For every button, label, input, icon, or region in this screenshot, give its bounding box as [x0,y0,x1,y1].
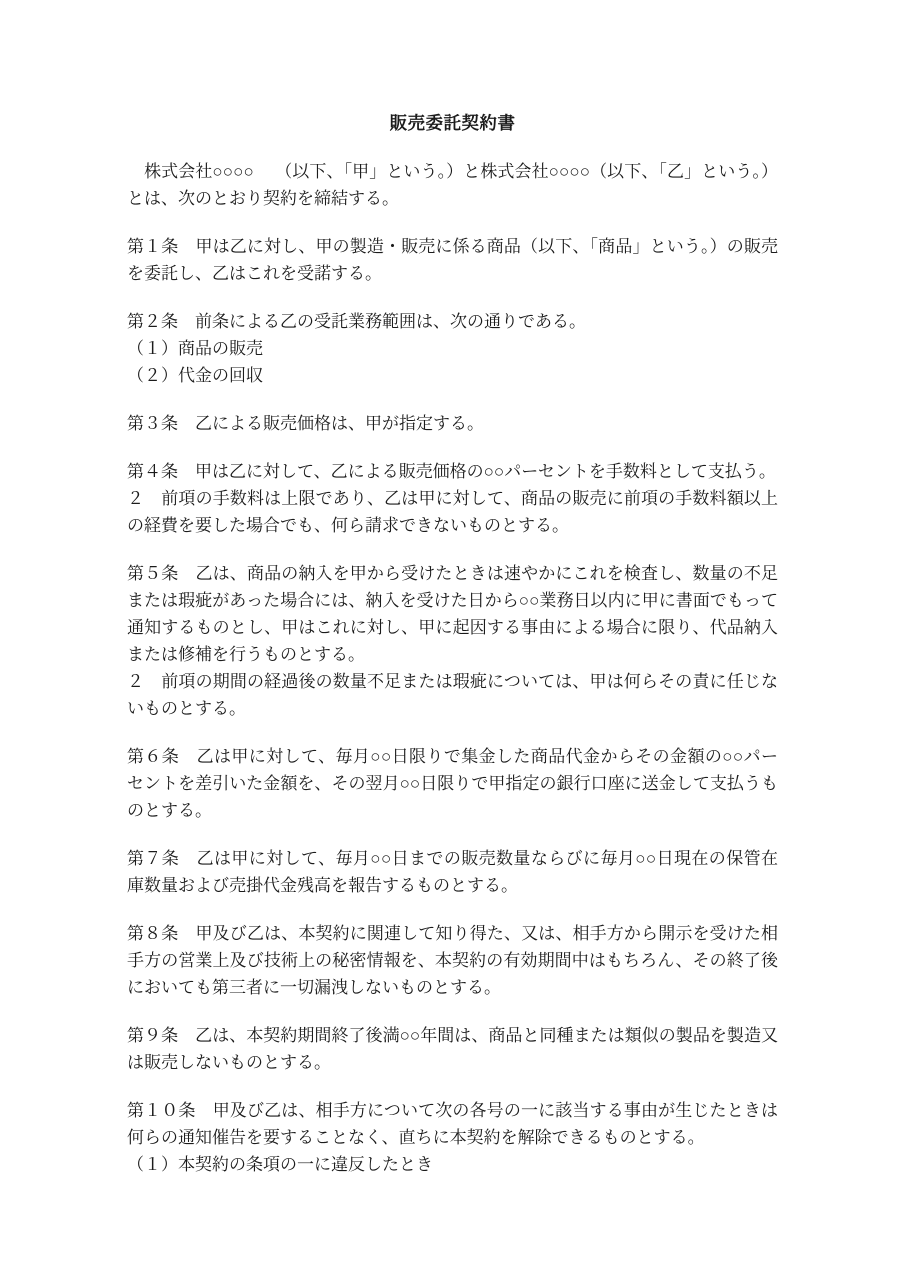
article-6: 第６条 乙は甲に対して、毎月○○日限りで集金した商品代金からその金額の○○パーセ… [127,743,778,824]
article-2-item-1: （１）商品の販売 [127,335,778,362]
contract-document-page: 販売委託契約書 株式会社○○○○ （以下、「甲」という。）と株式会社○○○○（以… [0,0,905,1280]
article-4: 第４条 甲は乙に対して、乙による販売価格の○○パーセントを手数料として支払う。 … [127,458,778,539]
article-3: 第３条 乙による販売価格は、甲が指定する。 [127,410,778,437]
article-5-clause-2: ２ 前項の期間の経過後の数量不足または瑕疵については、甲は何らその責に任じないも… [127,668,778,722]
article-10: 第１０条 甲及び乙は、相手方について次の各号の一に該当する事由が生じたときは何ら… [127,1097,778,1178]
article-2-text: 第２条 前条による乙の受託業務範囲は、次の通りである。 [127,308,778,335]
article-9: 第９条 乙は、本契約期間終了後満○○年間は、商品と同種または類似の製品を製造又は… [127,1022,778,1076]
article-1-text: 第１条 甲は乙に対し、甲の製造・販売に係る商品（以下、「商品」という。）の販売を… [127,233,778,287]
article-4-clause-2: ２ 前項の手数料は上限であり、乙は甲に対して、商品の販売に前項の手数料額以上の経… [127,485,778,539]
article-2: 第２条 前条による乙の受託業務範囲は、次の通りである。 （１）商品の販売 （２）… [127,308,778,389]
article-7: 第７条 乙は甲に対して、毎月○○日までの販売数量ならびに毎月○○日現在の保管在庫… [127,845,778,899]
article-1: 第１条 甲は乙に対し、甲の製造・販売に係る商品（以下、「商品」という。）の販売を… [127,233,778,287]
article-9-text: 第９条 乙は、本契約期間終了後満○○年間は、商品と同種または類似の製品を製造又は… [127,1022,778,1076]
article-6-text: 第６条 乙は甲に対して、毎月○○日限りで集金した商品代金からその金額の○○パーセ… [127,743,778,824]
preamble-text: 株式会社○○○○ （以下、「甲」という。）と株式会社○○○○（以下、「乙」という… [127,158,778,212]
article-10-item-1: （１）本契約の条項の一に違反したとき [127,1151,778,1178]
article-5: 第５条 乙は、商品の納入を甲から受けたときは速やかにこれを検査し、数量の不足また… [127,560,778,722]
article-2-item-2: （２）代金の回収 [127,362,778,389]
article-8-text: 第８条 甲及び乙は、本契約に関連して知り得た、又は、相手方から開示を受けた相手方… [127,920,778,1001]
preamble-block: 株式会社○○○○ （以下、「甲」という。）と株式会社○○○○（以下、「乙」という… [127,158,778,212]
article-3-text: 第３条 乙による販売価格は、甲が指定する。 [127,410,778,437]
article-7-text: 第７条 乙は甲に対して、毎月○○日までの販売数量ならびに毎月○○日現在の保管在庫… [127,845,778,899]
article-4-text: 第４条 甲は乙に対して、乙による販売価格の○○パーセントを手数料として支払う。 [127,458,778,485]
document-title: 販売委託契約書 [127,110,778,137]
article-8: 第８条 甲及び乙は、本契約に関連して知り得た、又は、相手方から開示を受けた相手方… [127,920,778,1001]
article-10-text: 第１０条 甲及び乙は、相手方について次の各号の一に該当する事由が生じたときは何ら… [127,1097,778,1151]
article-5-text: 第５条 乙は、商品の納入を甲から受けたときは速やかにこれを検査し、数量の不足また… [127,560,778,668]
